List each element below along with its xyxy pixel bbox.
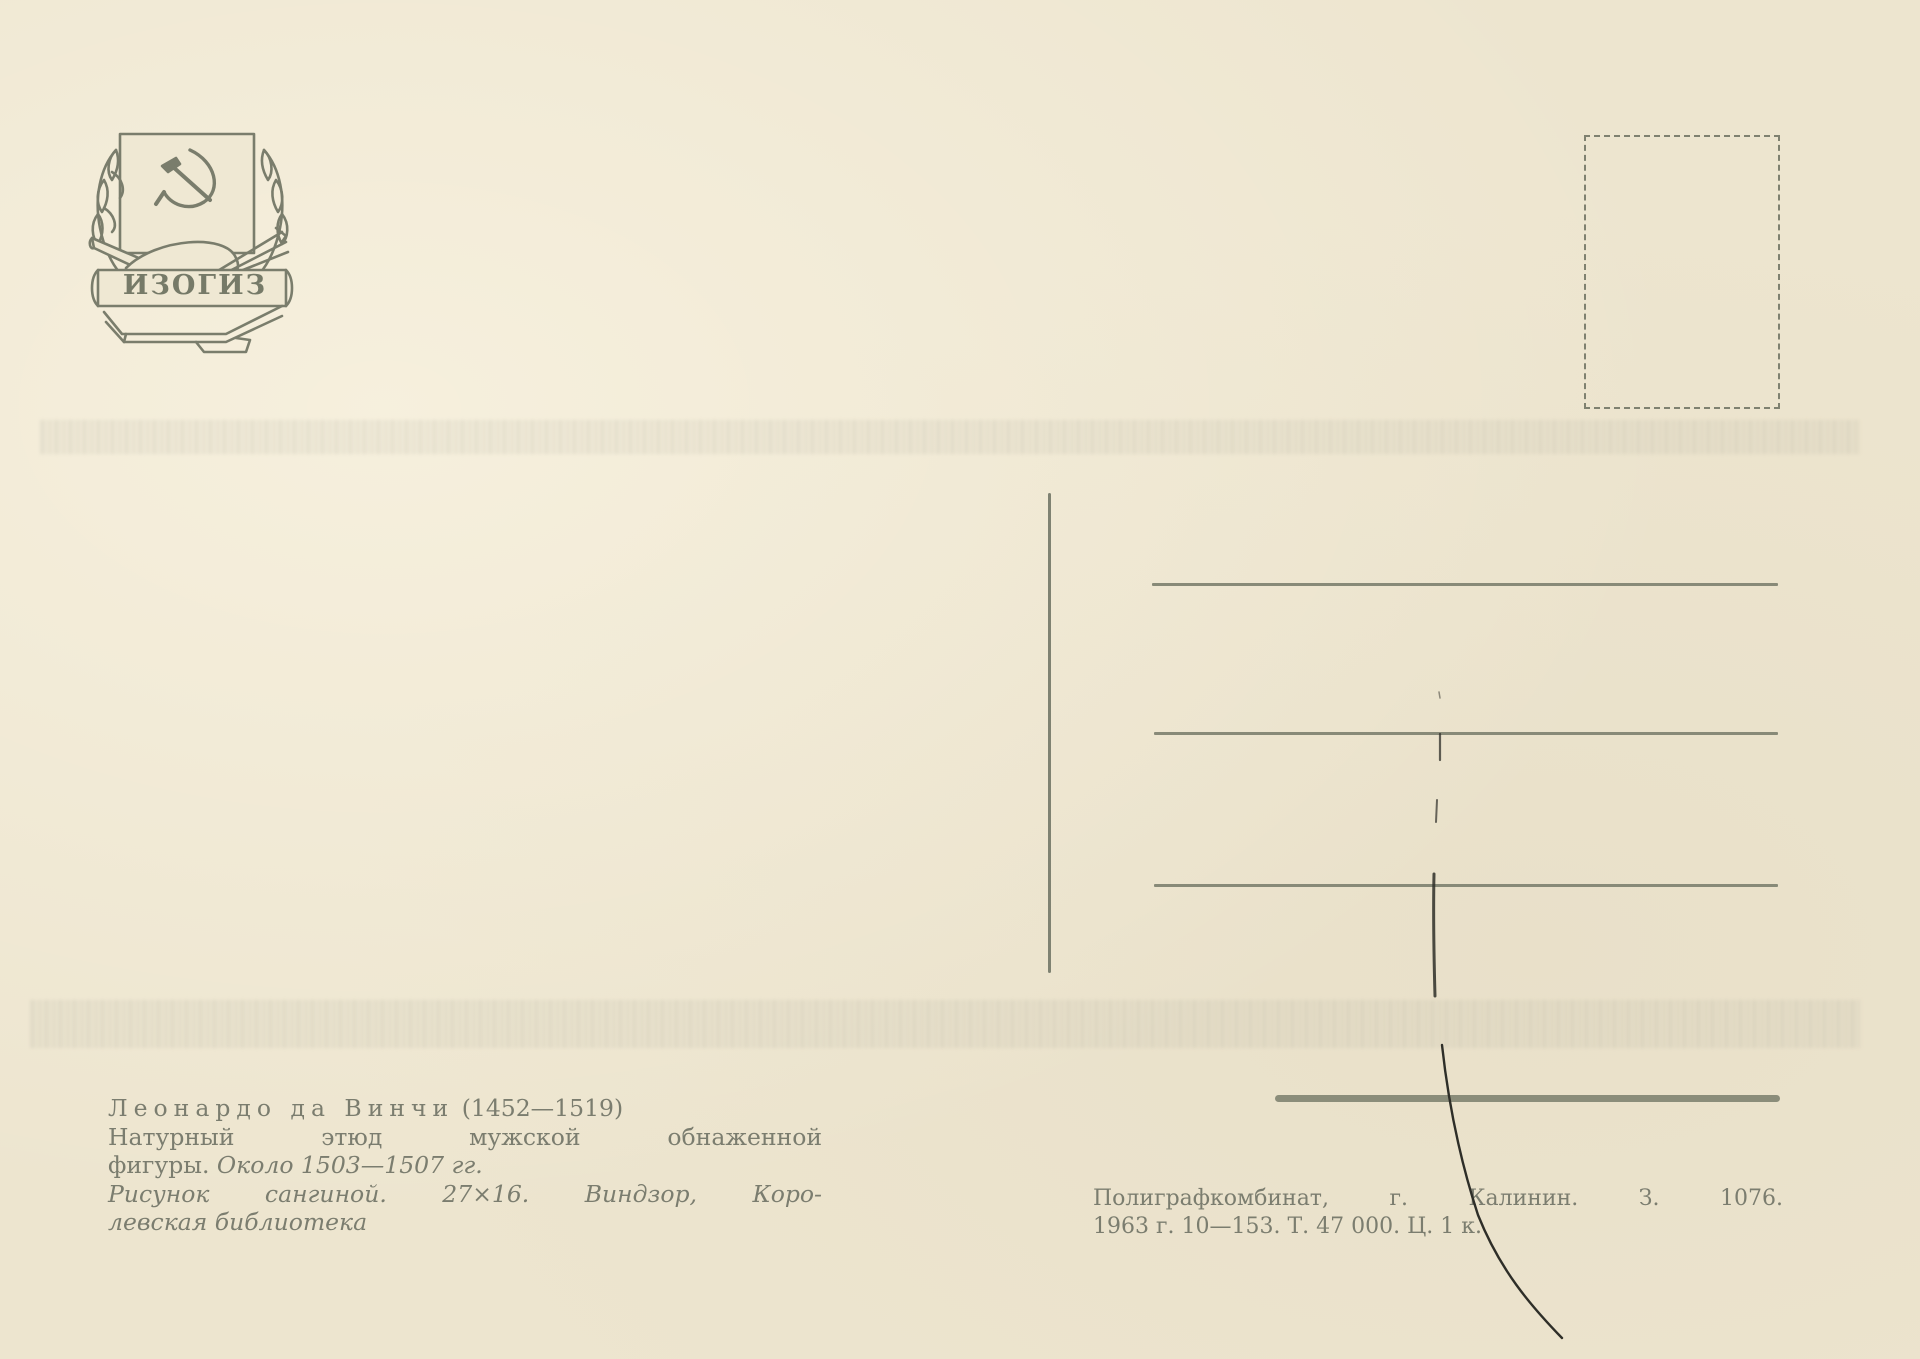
address-line-1[interactable] xyxy=(1152,583,1778,586)
caption-medium-line-2: левская библиотека xyxy=(108,1208,822,1237)
publisher-logo: ИЗОГИЗ xyxy=(86,128,296,354)
vertical-divider xyxy=(1048,493,1051,973)
logo-text: ИЗОГИЗ xyxy=(106,270,284,301)
caption-title-line-2: фигуры. Около 1503—1507 гг. xyxy=(108,1151,822,1180)
caption-artist-line: Леонардо да Винчи (1452—1519) xyxy=(108,1094,822,1123)
artwork-caption: Леонардо да Винчи (1452—1519) Натурный э… xyxy=(108,1094,822,1237)
address-line-2[interactable] xyxy=(1154,732,1778,735)
bleed-through-band-top xyxy=(40,420,1860,454)
printer-imprint: Полиграфкомбинат, г. Калинин. З. 1076. 1… xyxy=(1093,1185,1783,1241)
address-line-3[interactable] xyxy=(1154,884,1778,887)
caption-medium-line-1: Рисунок сангиной. 27×16. Виндзор, Коро- xyxy=(108,1180,822,1209)
artist-years: (1452—1519) xyxy=(462,1094,623,1122)
bleed-through-band-bottom xyxy=(30,1000,1860,1048)
izogiz-emblem-icon xyxy=(86,128,296,354)
printer-line-1: Полиграфкомбинат, г. Калинин. З. 1076. xyxy=(1093,1185,1783,1213)
artist-name: Леонардо да Винчи xyxy=(108,1094,454,1122)
stamp-box xyxy=(1584,135,1780,409)
caption-date: Около 1503—1507 гг. xyxy=(217,1151,483,1179)
caption-title-line-1: Натурный этюд мужской обнаженной xyxy=(108,1123,822,1152)
postal-code-line[interactable] xyxy=(1275,1095,1780,1102)
caption-title-end: фигуры. xyxy=(108,1151,209,1179)
printer-line-2: 1963 г. 10—153. Т. 47 000. Ц. 1 к. xyxy=(1093,1213,1783,1241)
